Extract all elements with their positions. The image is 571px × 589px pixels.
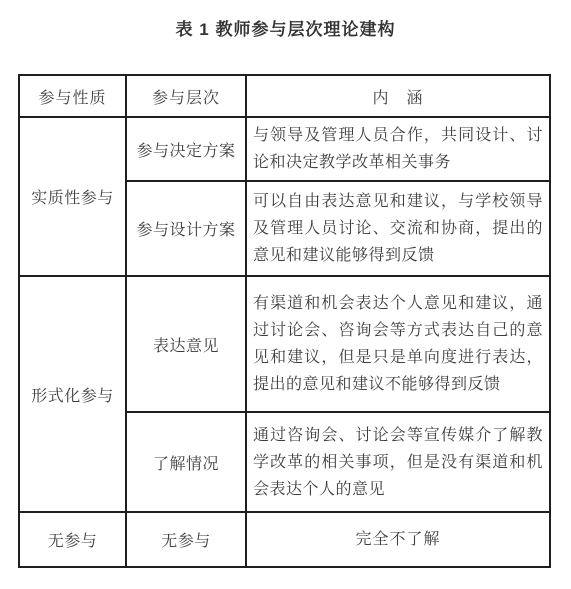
- table-row: 无参与 无参与 完全不了解: [19, 512, 550, 567]
- nature-cell-formalistic: 形式化参与: [19, 276, 126, 512]
- level-cell-express-opinions: 表达意见: [126, 276, 246, 412]
- table-row: 形式化参与 表达意见 有渠道和机会表达个人意见和建议，通过讨论会、咨询会等方式表…: [19, 276, 550, 412]
- level-cell-no-participation: 无参与: [126, 512, 246, 567]
- content-cell-no-participation: 完全不了解: [246, 512, 550, 567]
- content-cell-express-opinions: 有渠道和机会表达个人意见和建议，通过讨论会、咨询会等方式表达自己的意见和建议，但…: [246, 276, 550, 412]
- content-cell-know-situation: 通过咨询会、讨论会等宣传媒介了解教学改革的相关事项，但是没有渠道和机会表达个人的…: [246, 412, 550, 512]
- nature-cell-no-participation: 无参与: [19, 512, 126, 567]
- level-cell-decide-plan: 参与决定方案: [126, 117, 246, 181]
- participation-levels-table: 参与性质 参与层次 内 涵 实质性参与 参与决定方案 与领导及管理人员合作，共同…: [18, 74, 551, 568]
- nature-cell-substantive: 实质性参与: [19, 117, 126, 276]
- header-participation-nature: 参与性质: [19, 75, 126, 117]
- level-cell-design-plan: 参与设计方案: [126, 181, 246, 276]
- table-row: 实质性参与 参与决定方案 与领导及管理人员合作，共同设计、讨论和决定教学改革相关…: [19, 117, 550, 181]
- header-participation-level: 参与层次: [126, 75, 246, 117]
- content-cell-design-plan: 可以自由表达意见和建议，与学校领导及管理人员讨论、交流和协商，提出的意见和建议能…: [246, 181, 550, 276]
- level-cell-know-situation: 了解情况: [126, 412, 246, 512]
- header-connotation: 内 涵: [246, 75, 550, 117]
- page-title: 表 1 教师参与层次理论建构: [0, 15, 571, 40]
- content-cell-decide-plan: 与领导及管理人员合作，共同设计、讨论和决定教学改革相关事务: [246, 117, 550, 181]
- table-header-row: 参与性质 参与层次 内 涵: [19, 75, 550, 117]
